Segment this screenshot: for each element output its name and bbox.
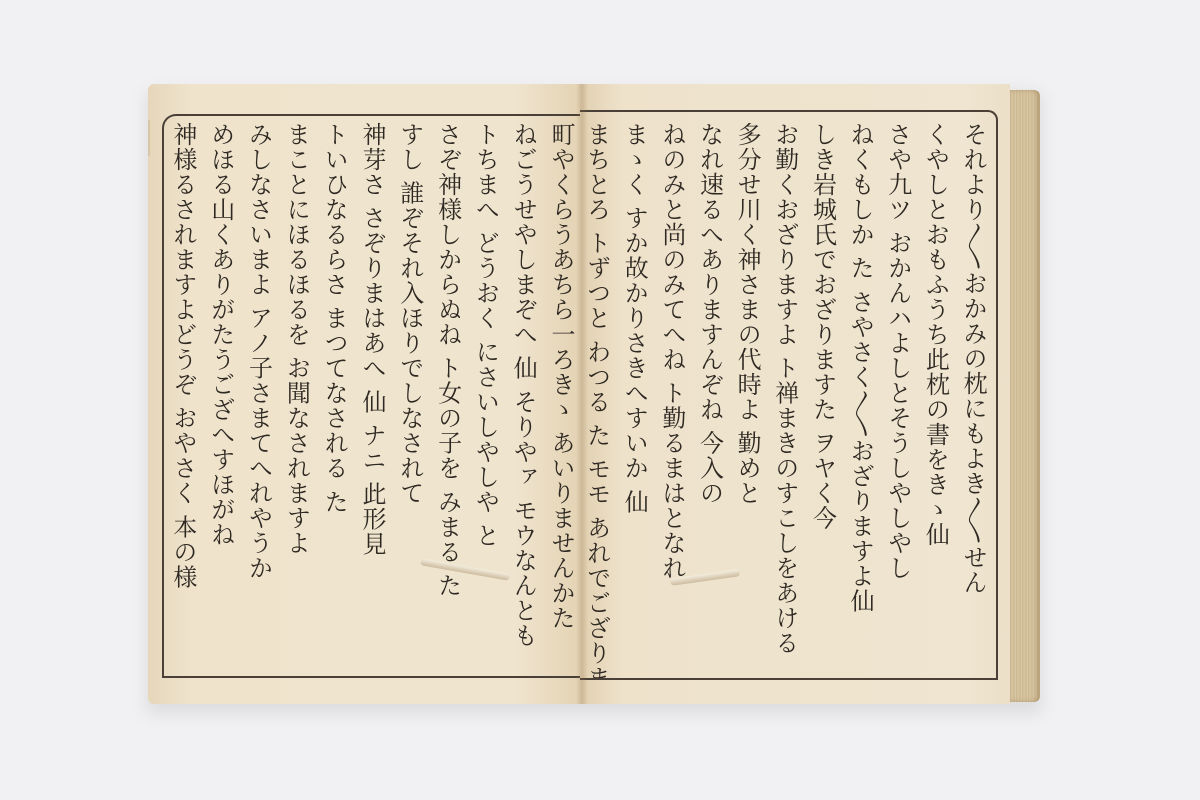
page-edge-stack xyxy=(1010,90,1040,702)
text-column: さぞ神様しからぬね ト女の子を みまる た xyxy=(433,122,465,672)
text-column: 神芽さ さぞりまはあへ 仙 ナニ 此形見 xyxy=(357,122,389,672)
text-column: みしなさいまよ アノ子さまてへれやうか xyxy=(244,122,276,672)
text-column: トちまへ どうおく にさいしやしや と xyxy=(471,122,503,672)
text-column: ねごうせやしまぞへ 仙 そりやァ モウなんとも xyxy=(508,122,540,672)
text-column: くやしとおもふうち此枕の書をきゝ仙 xyxy=(921,122,953,678)
text-column: 多分せ川く神さまの代時よ 勤めと xyxy=(733,122,765,678)
text-column: さや九ツ おかんハよしとそうしやしやし xyxy=(883,122,915,678)
open-book: 町やくらうあちら一ろきゝ あいりませんかた ねごうせやしまぞへ 仙 そりやァ モ… xyxy=(148,84,1038,708)
left-page-text-columns: 町やくらうあちら一ろきゝ あいりませんかた ねごうせやしまぞへ 仙 そりやァ モ… xyxy=(168,122,578,672)
book-gutter xyxy=(576,84,588,704)
left-page: 町やくらうあちら一ろきゝ あいりませんかた ねごうせやしまぞへ 仙 そりやァ モ… xyxy=(148,84,580,704)
right-page-text-columns: それより〳〵おかみの枕にもよき〳〵せん くやしとおもふうち此枕の書をきゝ仙 さや… xyxy=(582,122,990,678)
text-column: 神様るされますよどうぞ おやさく 本の様 xyxy=(168,122,200,672)
text-column: トいひなるらさ まつてなされる た xyxy=(319,122,351,672)
text-column: お勤くおざりますよ ト禅まきのすこしをあける xyxy=(770,122,802,678)
text-column: それより〳〵おかみの枕にもよき〳〵せん xyxy=(958,122,990,678)
text-column: めほる山くありがたうござへすほがね xyxy=(206,122,238,672)
text-column: まゝく すか故かりさきへすいか 仙 xyxy=(620,122,652,678)
text-column: しき岩城氏でおざりますた ヲヤく今 xyxy=(808,122,840,678)
text-column: ねくもしか た さやさく〳〵おざりますよ仙 xyxy=(845,122,877,678)
text-column: まことにほるほるを お聞なされますよ xyxy=(282,122,314,672)
text-column: すし 誰ぞそれ入ほりでしなされて xyxy=(395,122,427,672)
text-column: ねのみと尚のみてへね ト勤るまはとなれ xyxy=(657,122,689,678)
text-column: なれ速るへありますんぞね 今入の xyxy=(695,122,727,678)
text-column: 町やくらうあちら一ろきゝ あいりませんかた xyxy=(546,122,578,672)
right-page: それより〳〵おかみの枕にもよき〳〵せん くやしとおもふうち此枕の書をきゝ仙 さや… xyxy=(580,84,1010,704)
torn-paper-tab xyxy=(148,120,150,156)
